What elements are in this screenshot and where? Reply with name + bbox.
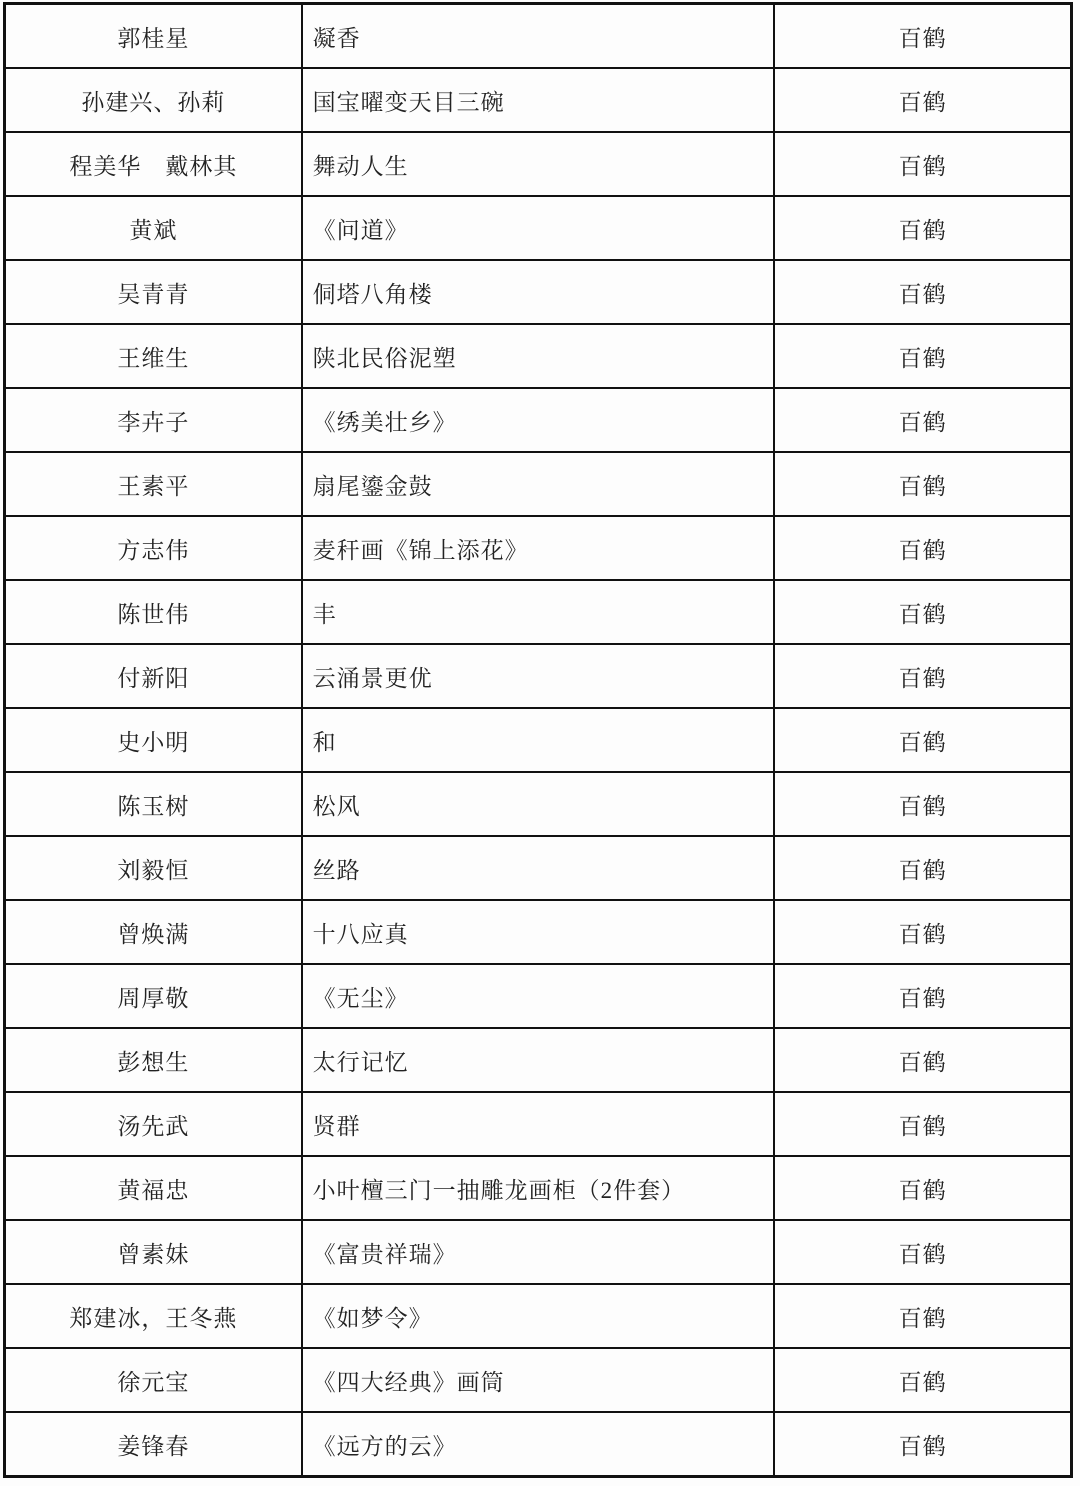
cell-work: 《问道》 <box>302 196 775 260</box>
table-row: 刘毅恒丝路百鹤 <box>5 836 1072 900</box>
table-row: 王素平扇尾鎏金鼓百鹤 <box>5 452 1072 516</box>
cell-author: 徐元宝 <box>5 1348 302 1412</box>
table-row: 吴青青侗塔八角楼百鹤 <box>5 260 1072 324</box>
cell-author: 陈玉树 <box>5 772 302 836</box>
cell-award: 百鹤 <box>774 452 1071 516</box>
table-row: 李卉子《绣美壮乡》百鹤 <box>5 388 1072 452</box>
cell-award: 百鹤 <box>774 644 1071 708</box>
cell-award: 百鹤 <box>774 836 1071 900</box>
cell-author: 姜锋春 <box>5 1412 302 1477</box>
cell-work: 舞动人生 <box>302 132 775 196</box>
table-row: 郑建冰，王冬燕《如梦令》百鹤 <box>5 1284 1072 1348</box>
cell-work: 《如梦令》 <box>302 1284 775 1348</box>
cell-work: 丰 <box>302 580 775 644</box>
cell-work: 凝香 <box>302 4 775 69</box>
cell-award: 百鹤 <box>774 4 1071 69</box>
cell-author: 曾焕满 <box>5 900 302 964</box>
cell-author: 郭桂星 <box>5 4 302 69</box>
cell-work: 丝路 <box>302 836 775 900</box>
table-row: 史小明和百鹤 <box>5 708 1072 772</box>
cell-author: 汤先武 <box>5 1092 302 1156</box>
cell-award: 百鹤 <box>774 1284 1071 1348</box>
cell-award: 百鹤 <box>774 132 1071 196</box>
award-table: 郭桂星凝香百鹤孙建兴、孙莉国宝曜变天目三碗百鹤程美华 戴林其舞动人生百鹤黄斌《问… <box>3 2 1073 1478</box>
table-row: 王维生陕北民俗泥塑百鹤 <box>5 324 1072 388</box>
cell-work: 云涌景更优 <box>302 644 775 708</box>
table-row: 陈玉树松风百鹤 <box>5 772 1072 836</box>
table-row: 姜锋春《远方的云》百鹤 <box>5 1412 1072 1477</box>
cell-award: 百鹤 <box>774 388 1071 452</box>
table-row: 曾素妹《富贵祥瑞》百鹤 <box>5 1220 1072 1284</box>
cell-author: 李卉子 <box>5 388 302 452</box>
cell-work: 《富贵祥瑞》 <box>302 1220 775 1284</box>
cell-work: 和 <box>302 708 775 772</box>
cell-work: 国宝曜变天目三碗 <box>302 68 775 132</box>
cell-author: 付新阳 <box>5 644 302 708</box>
cell-author: 史小明 <box>5 708 302 772</box>
cell-work: 《无尘》 <box>302 964 775 1028</box>
cell-author: 黄斌 <box>5 196 302 260</box>
cell-award: 百鹤 <box>774 516 1071 580</box>
table-row: 汤先武贤群百鹤 <box>5 1092 1072 1156</box>
cell-award: 百鹤 <box>774 196 1071 260</box>
table-row: 付新阳云涌景更优百鹤 <box>5 644 1072 708</box>
table-row: 周厚敬《无尘》百鹤 <box>5 964 1072 1028</box>
cell-author: 王维生 <box>5 324 302 388</box>
cell-award: 百鹤 <box>774 68 1071 132</box>
cell-work: 侗塔八角楼 <box>302 260 775 324</box>
cell-award: 百鹤 <box>774 708 1071 772</box>
cell-work: 《远方的云》 <box>302 1412 775 1477</box>
cell-author: 周厚敬 <box>5 964 302 1028</box>
table-row: 方志伟麦秆画《锦上添花》百鹤 <box>5 516 1072 580</box>
cell-award: 百鹤 <box>774 772 1071 836</box>
cell-work: 贤群 <box>302 1092 775 1156</box>
cell-award: 百鹤 <box>774 324 1071 388</box>
cell-author: 曾素妹 <box>5 1220 302 1284</box>
cell-work: 《绣美壮乡》 <box>302 388 775 452</box>
table-row: 程美华 戴林其舞动人生百鹤 <box>5 132 1072 196</box>
table-row: 黄福忠小叶檀三门一抽雕龙画柜（2件套）百鹤 <box>5 1156 1072 1220</box>
cell-award: 百鹤 <box>774 1220 1071 1284</box>
cell-award: 百鹤 <box>774 964 1071 1028</box>
cell-award: 百鹤 <box>774 1348 1071 1412</box>
table-row: 曾焕满十八应真百鹤 <box>5 900 1072 964</box>
cell-work: 麦秆画《锦上添花》 <box>302 516 775 580</box>
cell-award: 百鹤 <box>774 260 1071 324</box>
cell-work: 扇尾鎏金鼓 <box>302 452 775 516</box>
table-row: 孙建兴、孙莉国宝曜变天目三碗百鹤 <box>5 68 1072 132</box>
table-row: 徐元宝《四大经典》画筒百鹤 <box>5 1348 1072 1412</box>
cell-author: 黄福忠 <box>5 1156 302 1220</box>
cell-author: 彭想生 <box>5 1028 302 1092</box>
cell-award: 百鹤 <box>774 900 1071 964</box>
cell-work: 太行记忆 <box>302 1028 775 1092</box>
cell-award: 百鹤 <box>774 1092 1071 1156</box>
cell-author: 吴青青 <box>5 260 302 324</box>
cell-author: 郑建冰，王冬燕 <box>5 1284 302 1348</box>
cell-author: 刘毅恒 <box>5 836 302 900</box>
cell-author: 陈世伟 <box>5 580 302 644</box>
cell-author: 王素平 <box>5 452 302 516</box>
table-row: 黄斌《问道》百鹤 <box>5 196 1072 260</box>
cell-author: 方志伟 <box>5 516 302 580</box>
award-table-body: 郭桂星凝香百鹤孙建兴、孙莉国宝曜变天目三碗百鹤程美华 戴林其舞动人生百鹤黄斌《问… <box>5 4 1072 1477</box>
cell-work: 松风 <box>302 772 775 836</box>
cell-work: 十八应真 <box>302 900 775 964</box>
table-row: 彭想生太行记忆百鹤 <box>5 1028 1072 1092</box>
document-page: 郭桂星凝香百鹤孙建兴、孙莉国宝曜变天目三碗百鹤程美华 戴林其舞动人生百鹤黄斌《问… <box>0 0 1080 1486</box>
cell-author: 程美华 戴林其 <box>5 132 302 196</box>
cell-award: 百鹤 <box>774 1156 1071 1220</box>
cell-work: 陕北民俗泥塑 <box>302 324 775 388</box>
table-row: 郭桂星凝香百鹤 <box>5 4 1072 69</box>
table-row: 陈世伟丰百鹤 <box>5 580 1072 644</box>
cell-award: 百鹤 <box>774 580 1071 644</box>
cell-work: 《四大经典》画筒 <box>302 1348 775 1412</box>
cell-author: 孙建兴、孙莉 <box>5 68 302 132</box>
cell-award: 百鹤 <box>774 1412 1071 1477</box>
cell-work: 小叶檀三门一抽雕龙画柜（2件套） <box>302 1156 775 1220</box>
cell-award: 百鹤 <box>774 1028 1071 1092</box>
